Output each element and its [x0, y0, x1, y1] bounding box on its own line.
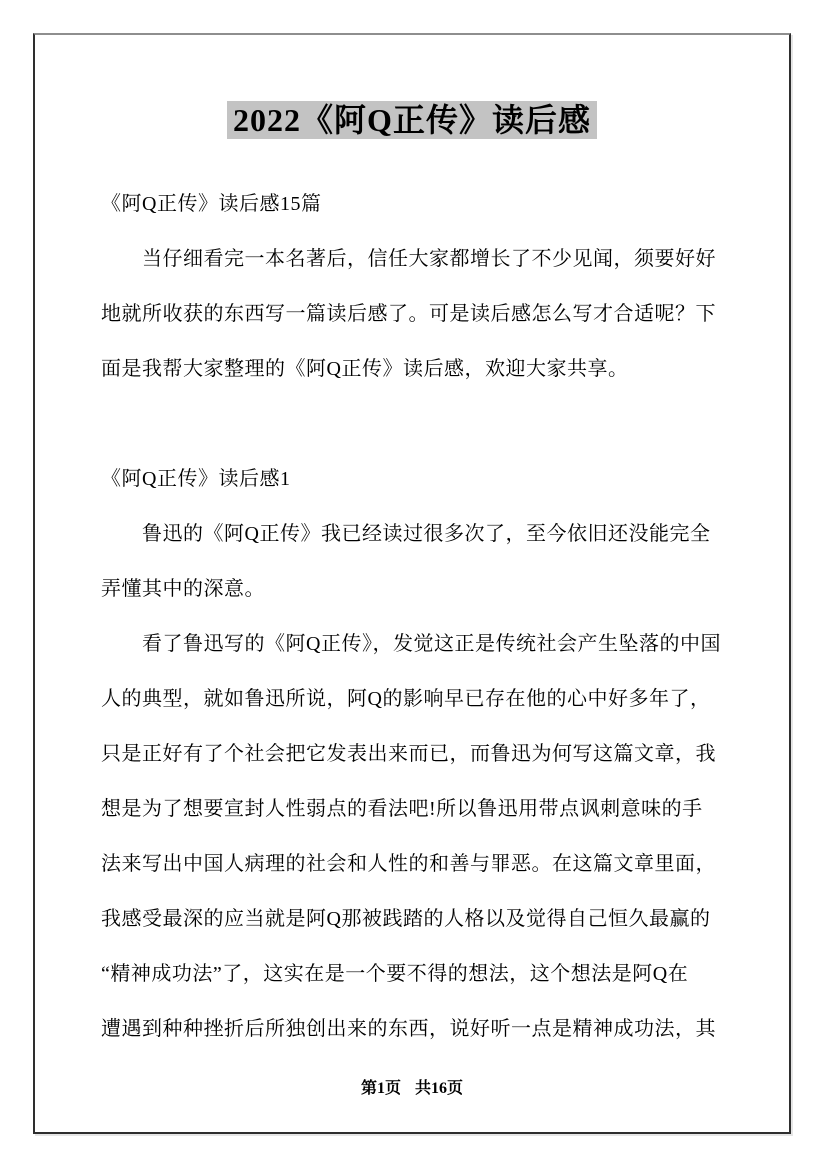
text-line: “精神成功法”了，这实在是一个要不得的想法，这个想法是阿Q在 [101, 947, 723, 1002]
text-line: 《阿Q正传》读后感15篇 [101, 177, 723, 232]
document-title: 2022《阿Q正传》读后感 [101, 97, 723, 143]
blank-line [101, 397, 723, 452]
text-line: 鲁迅的《阿Q正传》我已经读过很多次了，至今依旧还没能完全 [101, 507, 723, 562]
text-line: 面是我帮大家整理的《阿Q正传》读后感，欢迎大家共享。 [101, 342, 723, 397]
text-line: 只是正好有了个社会把它发表出来而已，而鲁迅为何写这篇文章，我 [101, 727, 723, 782]
text-line: 遭遇到种种挫折后所独创出来的东西，说好听一点是精神成功法，其 [101, 1002, 723, 1057]
document-content: 2022《阿Q正传》读后感 《阿Q正传》读后感15篇 当仔细看完一本名著后，信任… [35, 35, 789, 1057]
document-page: 2022《阿Q正传》读后感 《阿Q正传》读后感15篇 当仔细看完一本名著后，信任… [33, 33, 791, 1134]
text-line: 想是为了想要宣封人性弱点的看法吧!所以鲁迅用带点讽刺意味的手 [101, 782, 723, 837]
text-line: 地就所收获的东西写一篇读后感了。可是读后感怎么写才合适呢？下 [101, 287, 723, 342]
footer-page-number: 第1页 [361, 1080, 401, 1097]
footer-total-pages: 共16页 [415, 1080, 463, 1097]
text-line: 人的典型，就如鲁迅所说，阿Q的影响早已存在他的心中好多年了， [101, 672, 723, 727]
text-line: 《阿Q正传》读后感1 [101, 452, 723, 507]
text-line: 弄懂其中的深意。 [101, 562, 723, 617]
text-line: 我感受最深的应当就是阿Q那被践踏的人格以及觉得自己恒久最赢的 [101, 892, 723, 947]
text-line: 当仔细看完一本名著后，信任大家都增长了不少见闻，须要好好 [101, 232, 723, 287]
document-body: 《阿Q正传》读后感15篇 当仔细看完一本名著后，信任大家都增长了不少见闻，须要好… [101, 177, 723, 1057]
title-highlight: 2022《阿Q正传》读后感 [227, 101, 597, 139]
text-line: 法来写出中国人病理的社会和人性的和善与罪恶。在这篇文章里面， [101, 837, 723, 892]
page-footer: 第1页共16页 [35, 1075, 789, 1098]
text-line: 看了鲁迅写的《阿Q正传》，发觉这正是传统社会产生坠落的中国 [101, 617, 723, 672]
